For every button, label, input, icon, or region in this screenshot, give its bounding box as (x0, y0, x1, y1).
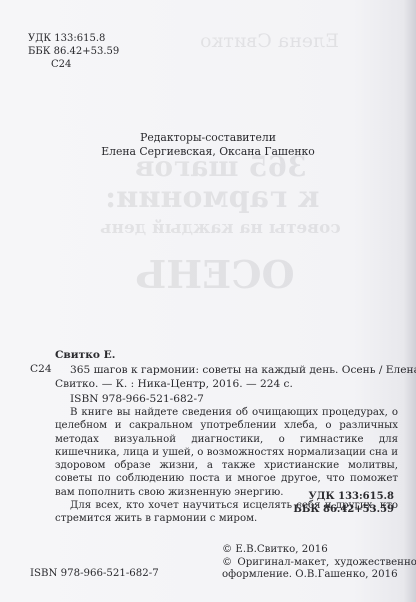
biblio-line-2: Свитко. — К. : Ника-Центр, 2016. — 224 с… (55, 377, 391, 391)
catalog-code: С24 (30, 363, 52, 376)
biblio-isbn: ISBN 978-966-521-682-7 (55, 392, 391, 406)
classification-bottom: УДК 133:615.8 ББК 86.42+53.59 (293, 490, 394, 516)
editors-names: Елена Сергиевская, Оксана Гашенко (0, 145, 416, 159)
bleed-through-author: Елена Свитко (200, 30, 339, 52)
bibliographic-description: 365 шагов к гармонии: советы на каждый д… (55, 363, 391, 406)
udk-code: УДК 133:615.8 (28, 32, 119, 45)
copyright-layout-2: оформление. О.В.Гашенко, 2016 (222, 569, 416, 582)
bleed-through-season: ОСЕНЬ (135, 252, 295, 297)
udk-code-bottom: УДК 133:615.8 (293, 490, 394, 503)
annotation-paragraph-1: В книге вы найдете сведения об очищающих… (55, 406, 398, 499)
copyright-block: © Е.В.Свитко, 2016 © Оригинал-макет, худ… (222, 544, 416, 582)
footer-isbn: ISBN 978-966-521-682-7 (30, 568, 159, 579)
classification-top: УДК 133:615.8 ББК 86.42+53.59 С24 (28, 32, 119, 71)
bbk-code: ББК 86.42+53.59 (28, 45, 119, 58)
bleed-through-subtitle: советы на каждый день (100, 218, 341, 238)
catalog-author: Свитко Е. (55, 349, 115, 361)
imprint-page: Елена Свитко 365 шагов к гармонии: совет… (0, 0, 416, 602)
bbk-code-bottom: ББК 86.42+53.59 (293, 503, 394, 516)
editors-label: Редакторы-составители (0, 131, 416, 145)
bleed-through-title-2: к гармонии: (105, 180, 320, 215)
biblio-line-1: 365 шагов к гармонии: советы на каждый д… (55, 363, 391, 377)
editors-block: Редакторы-составители Елена Сергиевская,… (0, 131, 416, 159)
author-sign: С24 (28, 58, 119, 71)
copyright-layout-1: © Оригинал-макет, художественное (222, 557, 416, 570)
copyright-author: © Е.В.Свитко, 2016 (222, 544, 416, 557)
